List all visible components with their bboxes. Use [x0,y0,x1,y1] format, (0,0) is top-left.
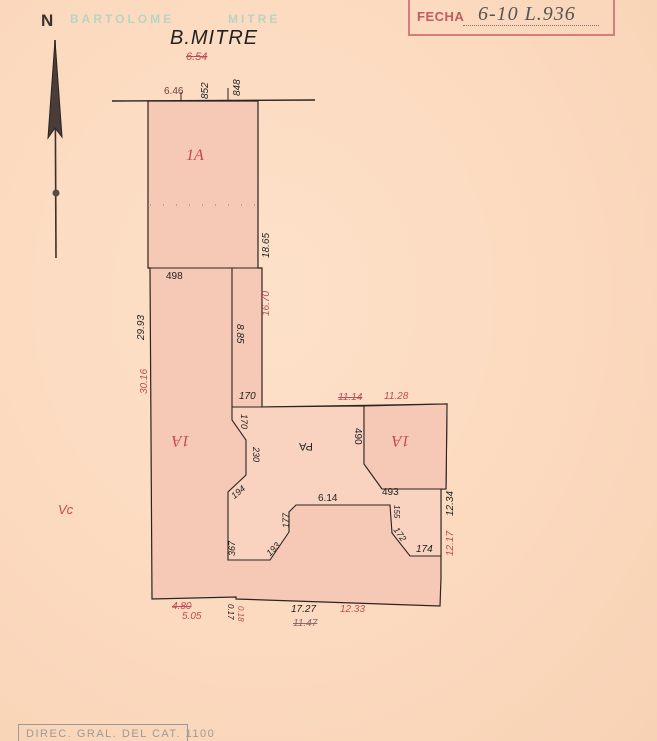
dim-bottom-mid: 12.33 [340,605,365,615]
dim-diag-367: 367 [228,541,237,556]
dim-left-total-2: 30.16 [140,369,150,394]
dim-right-upper: 18.65 [262,233,272,258]
vc-annotation: Vc [58,503,73,516]
dim-bottom-step-struck: 0.17 [226,604,234,620]
dim-right-lower: 12.17 [446,531,456,556]
dim-right-lower-struck: 12.34 [446,491,456,516]
north-label: N [41,12,53,29]
dim-top-right-struck: 11.14 [338,393,362,403]
lot-left-label: 1A [172,432,190,448]
street-width-struck: 6.54 [186,52,207,63]
dim-frontage-left: 6.46 [164,87,183,97]
dim-mid-width: 498 [166,272,183,282]
dim-patio-614: 6.14 [318,494,337,504]
stamp-date: 6-10 L.936 [478,4,576,24]
dim-step-170-a: 170 [239,392,256,402]
dim-inner-vertical: 8.85 [234,324,244,343]
lot-right-label: 1A [392,432,410,448]
faded-street-text-1: BARTOLOME [70,13,174,25]
dim-bottom-step: 0.18 [236,606,244,622]
dim-diag-174: 174 [416,545,433,555]
dim-step-170-b: 170 [239,414,248,429]
dim-diag-230: 230 [251,447,260,462]
dim-bottom-mid-struck-2: 11.47 [293,619,317,629]
parcel-drawing [0,0,657,741]
dim-frontage-right: 848 [233,79,243,96]
footer-stamp-text: DIREC. GRAL. DEL CAT. 1100 [26,729,215,740]
dim-left-total-1: 29.93 [137,315,147,340]
lot-top-label: 1A [186,148,204,164]
dim-top-right: 11.28 [384,392,408,402]
dim-inner-490: 490 [352,428,362,445]
dim-bottom-mid-struck: 17.27 [291,605,316,615]
dim-inner-493: 493 [382,488,399,498]
street-name: B.MITRE [170,28,258,48]
stamp-label: FECHA [417,10,464,23]
faded-street-text-2: MITRE [228,13,280,25]
stamp-date-line [463,25,599,26]
dim-bottom-left: 5.05 [182,612,201,622]
north-arrow-icon [48,40,62,258]
dim-frontage-mid: 852 [201,82,211,99]
dim-diag-177: 177 [282,513,291,528]
dim-diag-155: 155 [392,505,400,518]
dim-right-upper-2: 16.70 [262,291,272,316]
patio-label: PA [299,440,313,451]
